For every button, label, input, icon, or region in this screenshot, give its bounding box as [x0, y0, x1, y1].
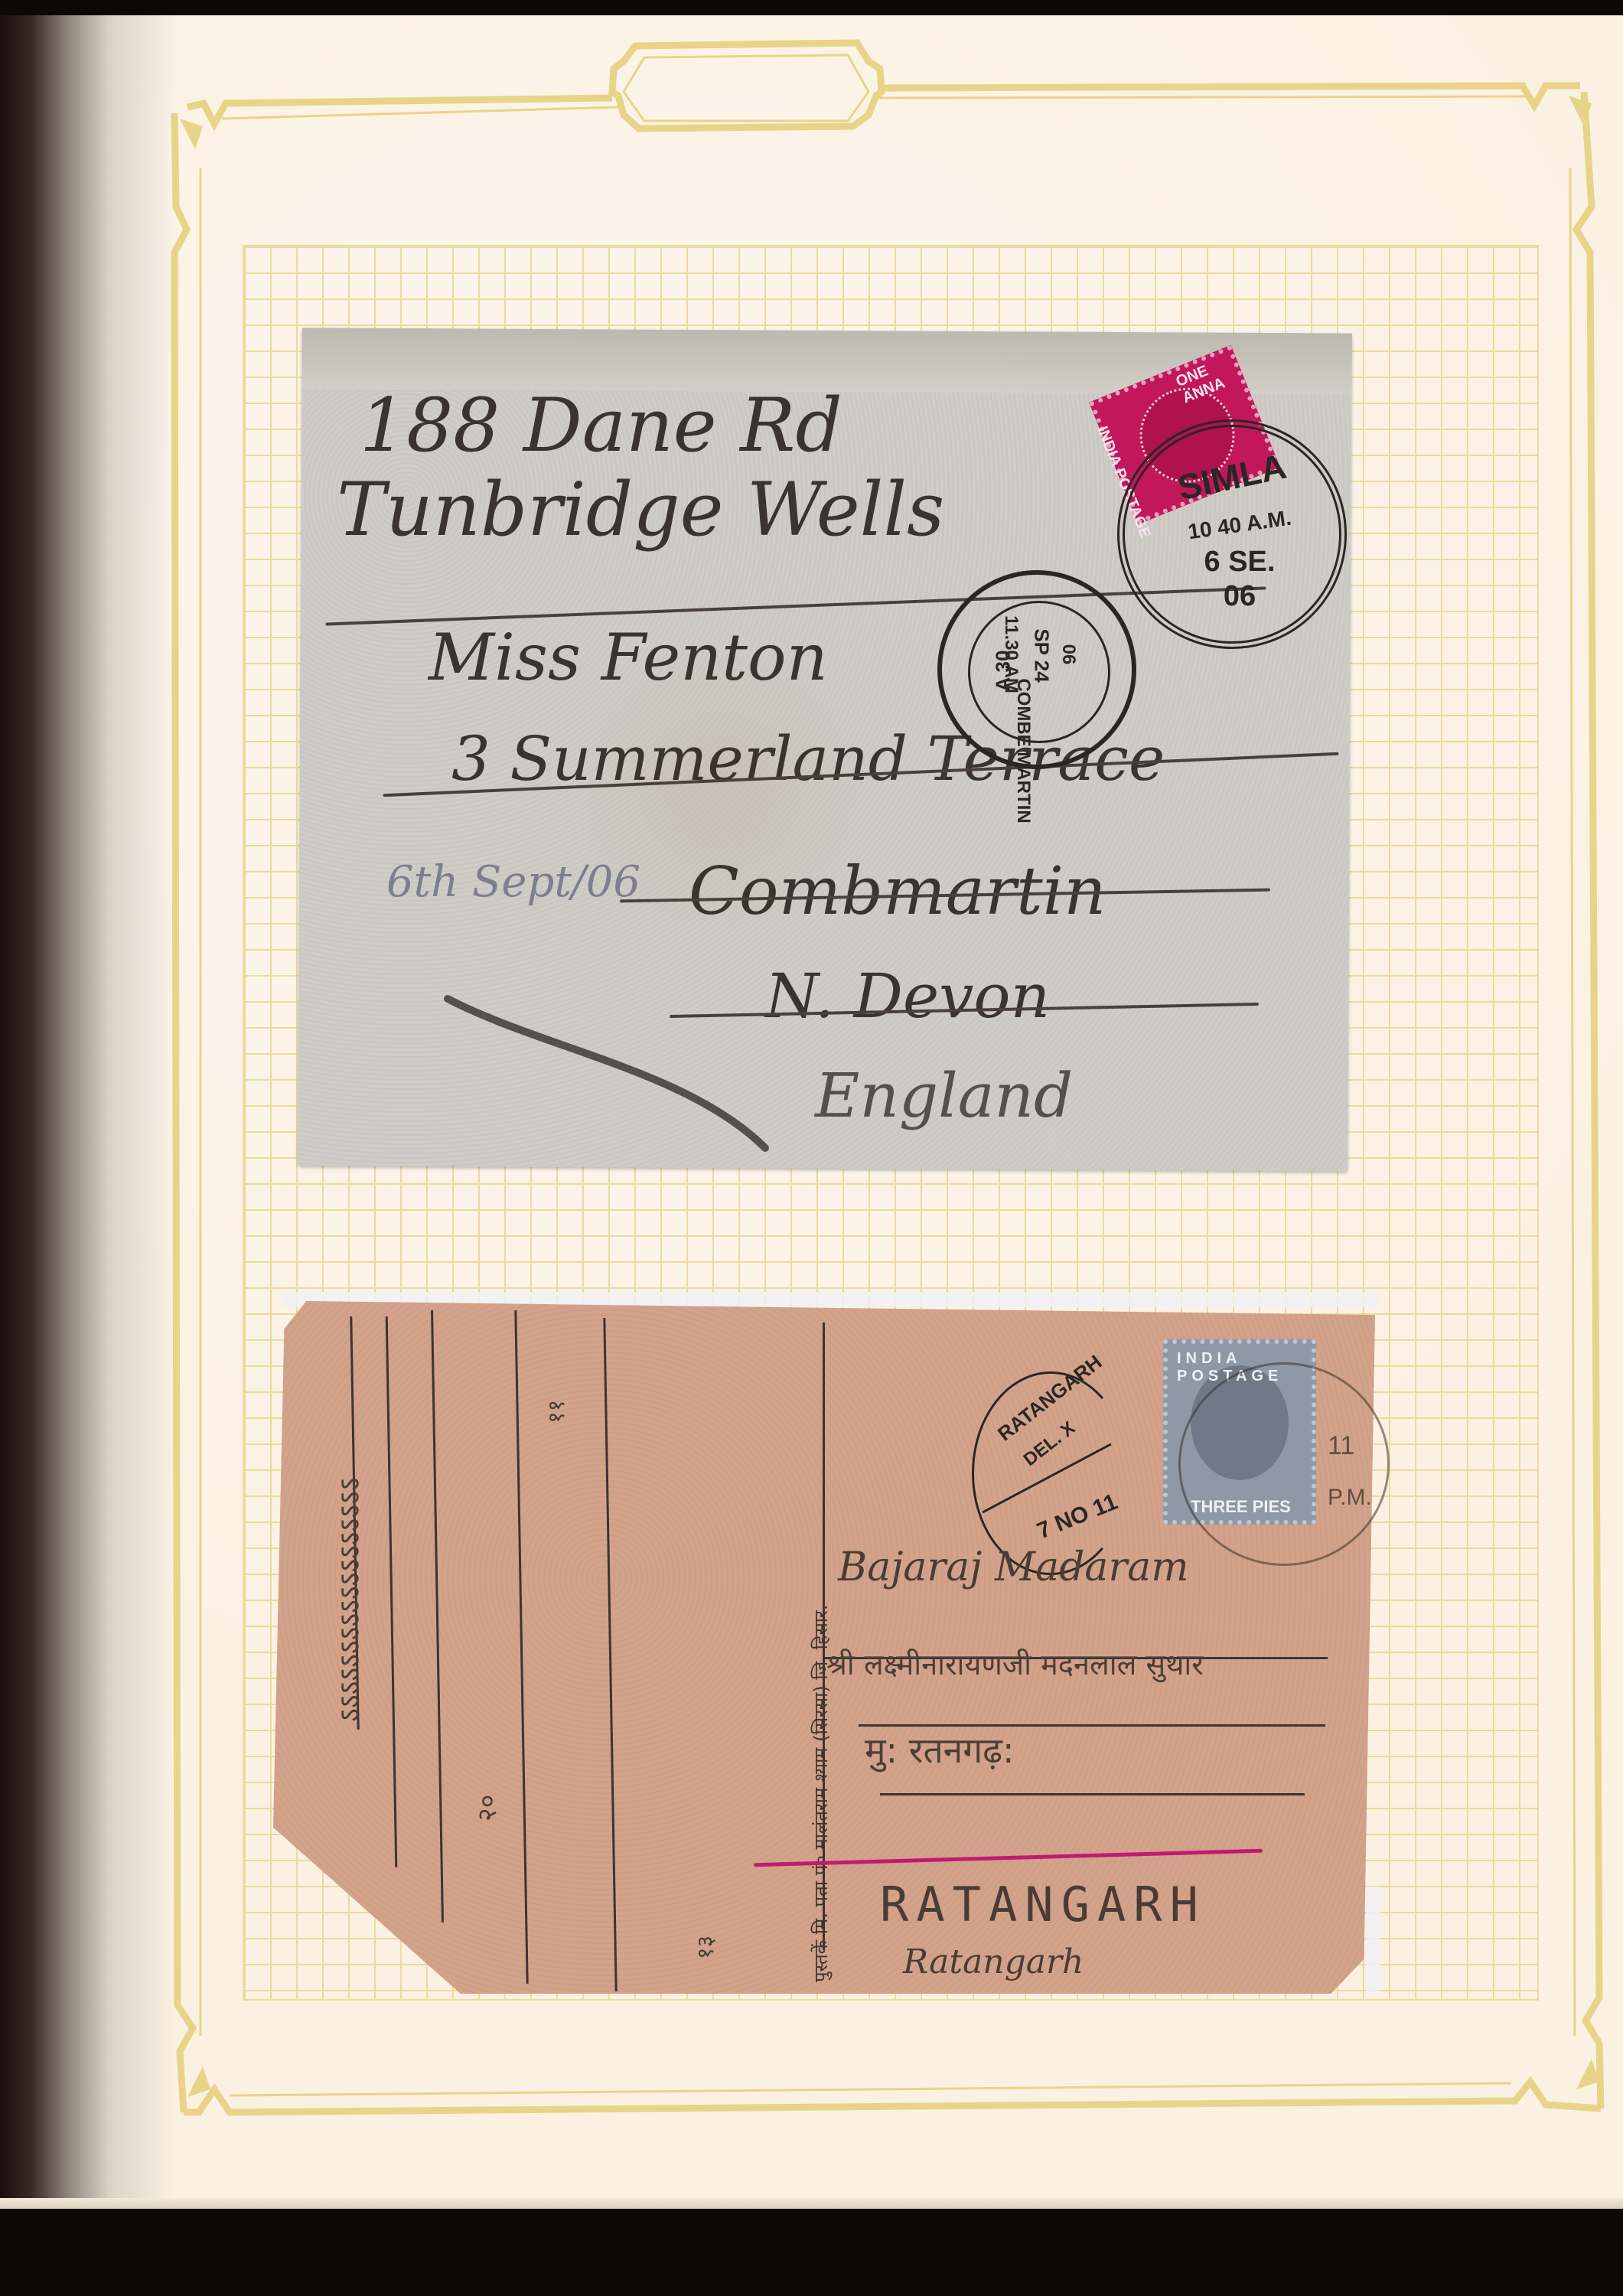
page-bottom-edge — [0, 2198, 1623, 2209]
second-postmark-ring — [1178, 1362, 1390, 1566]
message-numeral: २० — [468, 1795, 504, 1821]
postmark-year: 06 — [1058, 601, 1079, 708]
postmark-year: 06 — [1155, 580, 1324, 613]
address-line-street: 188 Dane Rd — [360, 383, 842, 468]
postmark-time: 11.30 AM — [1000, 601, 1022, 708]
second-postmark-fragment: 11 — [1328, 1431, 1354, 1461]
address-hindi-line-2: मु: रतनगढ़: — [865, 1726, 1015, 1773]
message-text-column: ऽऽऽऽऽऽऽऽऽऽऽऽऽऽऽऽऽऽ — [329, 1478, 369, 1722]
destination-script: Ratangarh — [903, 1942, 1084, 1981]
address-line-country: England — [815, 1060, 1073, 1131]
postmark-date: 6 SE. — [1155, 546, 1324, 579]
mount-sleeve-edge — [1366, 1887, 1380, 1994]
pencil-date-note: 6th Sept/06 — [386, 857, 640, 907]
postmark-combe-martin: A 30 COMBE MARTIN SP 24 11.30 AM 06 — [937, 570, 1136, 769]
postmark-simla: SIMLA 10 40 A.M. 6 SE. 06 — [1117, 419, 1347, 649]
postmark-date: 7 NO 11 — [1034, 1489, 1122, 1545]
second-postmark-fragment: P.M. — [1328, 1485, 1372, 1511]
redirect-pen-stroke — [436, 980, 773, 1163]
address-line-recipient: Miss Fenton — [429, 620, 828, 695]
message-numeral: ११ — [539, 1400, 571, 1424]
postmark-time: 10 40 A.M. — [1162, 502, 1318, 548]
address-rule — [880, 1793, 1305, 1795]
address-hindi-line-1: श्री लक्ष्मीनारायणजी मदनलाल सुथार — [826, 1644, 1204, 1684]
address-line-old-county: N. Devon — [765, 960, 1050, 1032]
message-numeral: १३ — [689, 1936, 720, 1959]
addressee-name: Bajaraj Madaram — [838, 1544, 1189, 1590]
destination-caps: RATANGARH — [880, 1877, 1206, 1932]
postmark-date: SP 24 — [1030, 602, 1054, 709]
address-line-town: Tunbridge Wells — [337, 467, 944, 553]
album-gutter-shadow — [0, 15, 176, 2208]
